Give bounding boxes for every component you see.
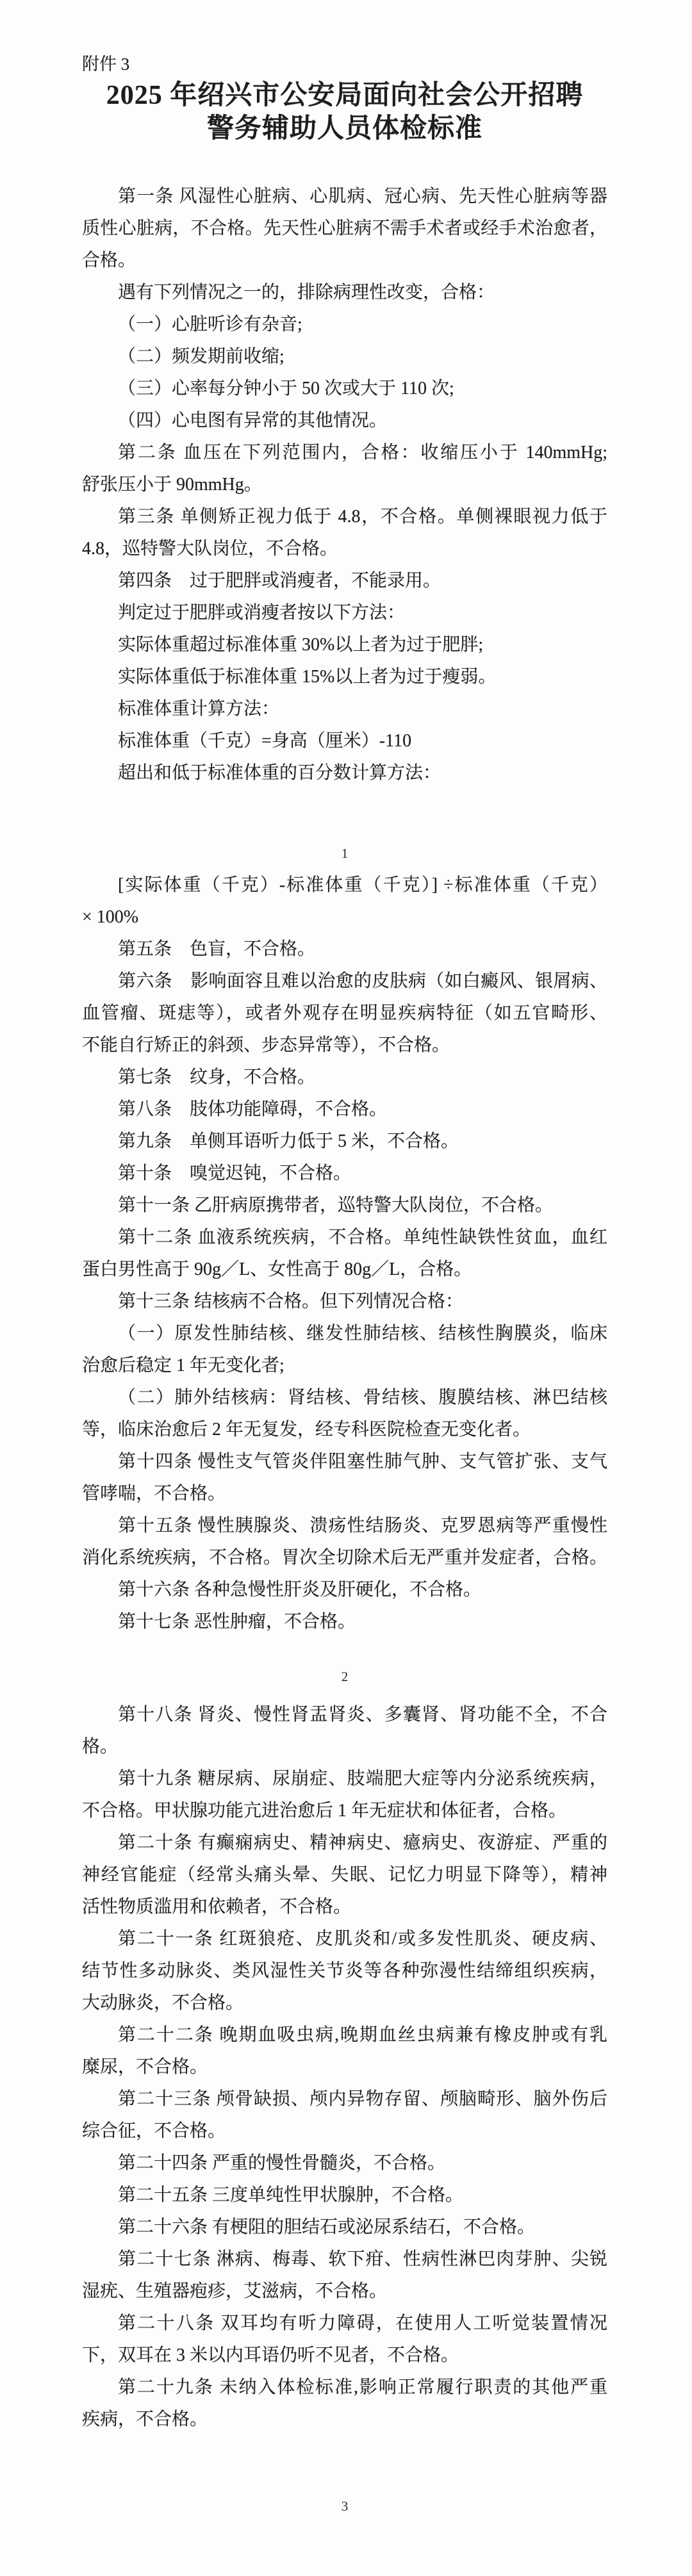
document-line: 第十九条 糖尿病、尿崩症、肢端肥大症等内分泌系统疾病， xyxy=(82,1763,607,1795)
document-line: 第二十七条 淋病、梅毒、软下疳、性病性淋巴肉芽肿、尖锐 xyxy=(82,2244,607,2276)
document-line: 综合征，不合格。 xyxy=(82,2115,607,2147)
page-number: 2 xyxy=(82,1667,607,1686)
document-line: 格。 xyxy=(82,1731,607,1763)
document-line: 第二十三条 颅骨缺损、颅内异物存留、颅脑畸形、脑外伤后 xyxy=(82,2083,607,2115)
document-line: 等，临床治愈后 2 年无复发，经专科医院检查无变化者。 xyxy=(82,1414,607,1446)
document-line: 第二十六条 有梗阻的胆结石或泌尿系结石，不合格。 xyxy=(82,2211,607,2244)
document-line: （一）心脏听诊有杂音; xyxy=(82,309,607,341)
document-line: 第十七条 恶性肿瘤，不合格。 xyxy=(82,1606,607,1638)
document-line: 神经官能症（经常头痛头晕、失眠、记忆力明显下降等），精神 xyxy=(82,1859,607,1891)
document-line: 蛋白男性高于 90g／L、女性高于 80g／L，合格。 xyxy=(82,1254,607,1286)
document-line: 判定过于肥胖或消瘦者按以下方法： xyxy=(82,597,607,629)
document-line: 第二条 血压在下列范围内，合格：收缩压小于 140mmHg; xyxy=(82,437,607,469)
document-line: [实际体重（千克）-标准体重（千克）] ÷标准体重（千克） xyxy=(82,869,607,901)
document-line: 第十一条 乙肝病原携带者，巡特警大队岗位，不合格。 xyxy=(82,1190,607,1222)
document-line: 第八条 肢体功能障碍，不合格。 xyxy=(82,1094,607,1126)
document-line: 第二十五条 三度单纯性甲状腺肿，不合格。 xyxy=(82,2179,607,2211)
document-line: 第二十二条 晚期血吸虫病,晚期血丝虫病兼有橡皮肿或有乳 xyxy=(82,2019,607,2051)
document-line: （二）频发期前收缩; xyxy=(82,341,607,373)
document-line: 第十二条 血液系统疾病，不合格。单纯性缺铁性贫血，血红 xyxy=(82,1222,607,1254)
document-line: 质性心脏病，不合格。先天性心脏病不需手术者或经手术治愈者， xyxy=(82,213,607,245)
document-line: 第十八条 肾炎、慢性肾盂肾炎、多囊肾、肾功能不全，不合 xyxy=(82,1699,607,1731)
document-title-line2: 警务辅助人员体检标准 xyxy=(82,113,607,145)
document-line: 标准体重（千克）=身高（厘米）-110 xyxy=(82,725,607,757)
document-line: （四）心电图有异常的其他情况。 xyxy=(82,405,607,437)
document-line: 第二十九条 未纳入体检标准,影响正常履行职责的其他严重 xyxy=(82,2372,607,2404)
document-line: 下，双耳在 3 米以内耳语仍听不见者，不合格。 xyxy=(82,2340,607,2372)
document-line: 第十条 嗅觉迟钝，不合格。 xyxy=(82,1158,607,1190)
title-body-gap xyxy=(82,145,607,181)
document-line: 舒张压小于 90mmHg。 xyxy=(82,469,607,501)
document-line: 第四条 过于肥胖或消瘦者，不能录用。 xyxy=(82,565,607,597)
document-line: 第十六条 各种急慢性肝炎及肝硬化，不合格。 xyxy=(82,1574,607,1606)
document-line: 第十四条 慢性支气管炎伴阻塞性肺气肿、支气管扩张、支气 xyxy=(82,1446,607,1478)
document-line: 合格。 xyxy=(82,245,607,277)
document-line: 治愈后稳定 1 年无变化者; xyxy=(82,1350,607,1382)
document-line: 实际体重超过标准体重 30%以上者为过于肥胖; xyxy=(82,629,607,661)
document-line: 第三条 单侧矫正视力低于 4.8，不合格。单侧裸眼视力低于 xyxy=(82,501,607,533)
document-line: 超出和低于标准体重的百分数计算方法： xyxy=(82,757,607,789)
document-line: 实际体重低于标准体重 15%以上者为过于瘦弱。 xyxy=(82,661,607,693)
document-line: 消化系统疾病，不合格。胃次全切除术后无严重并发症者，合格。 xyxy=(82,1542,607,1574)
document-line: 不合格。甲状腺功能亢进治愈后 1 年无症状和体征者，合格。 xyxy=(82,1795,607,1827)
page-number: 3 xyxy=(82,2497,607,2516)
document-line: 结节性多动脉炎、类风湿性关节炎等各种弥漫性结缔组织疾病， xyxy=(82,1955,607,1987)
document-line: 第十三条 结核病不合格。但下列情况合格： xyxy=(82,1286,607,1318)
document-line: 4.8，巡特警大队岗位，不合格。 xyxy=(82,533,607,565)
document-line: 第九条 单侧耳语听力低于 5 米，不合格。 xyxy=(82,1126,607,1158)
attachment-label: 附件 3 xyxy=(82,50,607,78)
document-line: 疾病，不合格。 xyxy=(82,2404,607,2436)
document-line: 第五条 色盲，不合格。 xyxy=(82,933,607,965)
document-line: 大动脉炎，不合格。 xyxy=(82,1987,607,2019)
document-line: 第一条 风湿性心脏病、心肌病、冠心病、先天性心脏病等器 xyxy=(82,181,607,213)
document-line: × 100% xyxy=(82,901,607,933)
document-line: 标准体重计算方法： xyxy=(82,693,607,725)
document-line: 第六条 影响面容且难以治愈的皮肤病（如白癜风、银屑病、 xyxy=(82,965,607,997)
document-line: 第二十八条 双耳均有听力障碍，在使用人工听觉装置情况 xyxy=(82,2308,607,2340)
document-line: （三）心率每分钟小于 50 次或大于 110 次; xyxy=(82,373,607,405)
document-line: 第十五条 慢性胰腺炎、溃疡性结肠炎、克罗恩病等严重慢性 xyxy=(82,1510,607,1542)
document-line: 第七条 纹身，不合格。 xyxy=(82,1062,607,1094)
document-line: 糜尿，不合格。 xyxy=(82,2051,607,2083)
document-line: 第二十四条 严重的慢性骨髓炎，不合格。 xyxy=(82,2147,607,2179)
document-line: 不能自行矫正的斜颈、步态异常等），不合格。 xyxy=(82,1030,607,1062)
document-line: 第二十一条 红斑狼疮、皮肌炎和/或多发性肌炎、硬皮病、 xyxy=(82,1923,607,1955)
document-title-line1: 2025 年绍兴市公安局面向社会公开招聘 xyxy=(82,79,607,111)
page-number: 1 xyxy=(82,844,607,863)
document-line: 湿疣、生殖器疱疹，艾滋病，不合格。 xyxy=(82,2276,607,2308)
document-page: 附件 3 2025 年绍兴市公安局面向社会公开招聘 警务辅助人员体检标准 第一条… xyxy=(0,0,692,2576)
document-line: 第二十条 有癫痫病史、精神病史、癔病史、夜游症、严重的 xyxy=(82,1827,607,1859)
document-body: 第一条 风湿性心脏病、心肌病、冠心病、先天性心脏病等器质性心脏病，不合格。先天性… xyxy=(82,181,607,2516)
document-line: 血管瘤、斑痣等），或者外观存在明显疾病特征（如五官畸形、 xyxy=(82,997,607,1030)
document-line: （二）肺外结核病：肾结核、骨结核、腹膜结核、淋巴结核 xyxy=(82,1382,607,1414)
document-line: 管哮喘，不合格。 xyxy=(82,1478,607,1510)
document-line: （一）原发性肺结核、继发性肺结核、结核性胸膜炎，临床 xyxy=(82,1318,607,1350)
document-line: 活性物质滥用和依赖者，不合格。 xyxy=(82,1891,607,1923)
document-line: 遇有下列情况之一的，排除病理性改变，合格： xyxy=(82,277,607,309)
